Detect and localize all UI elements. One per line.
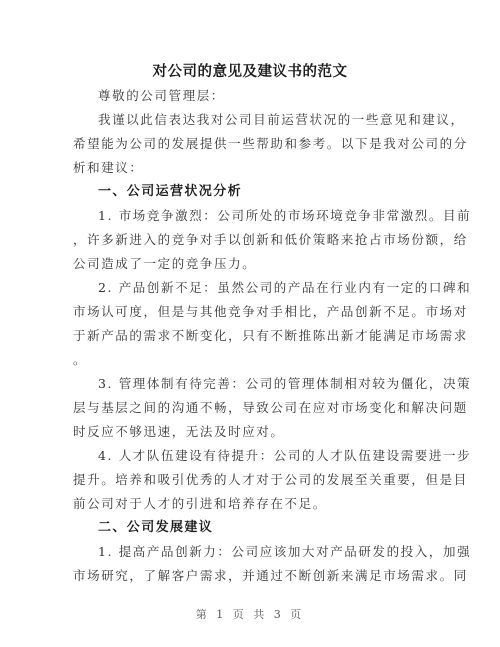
salutation: 尊敬的公司管理层： bbox=[98, 88, 453, 104]
item-1-line: 公司造成了一定的竞争压力。 bbox=[73, 256, 428, 272]
item-1-line: 1. 市场竞争激烈：公司所处的市场环境竞争非常激烈。目前 bbox=[98, 208, 453, 224]
intro-paragraph-line: 我谨以此信表达我对公司目前运营状况的一些意见和建议， bbox=[98, 112, 453, 128]
suggestion-1-line: 市场研究，了解客户需求，并通过不断创新来满足市场需求。同 bbox=[73, 568, 428, 584]
item-3-line: 3. 管理体制有待完善：公司的管理体制相对较为僵化，决策 bbox=[98, 376, 453, 392]
item-3-line: 层与基层之间的沟通不畅，导致公司在应对市场变化和解决问题 bbox=[73, 400, 428, 416]
intro-paragraph-line: 希望能为公司的发展提供一些帮助和参考。以下是我对公司的分 bbox=[73, 136, 428, 152]
item-2-line: 市场认可度，但是与其他竞争对手相比，产品创新不足。市场对 bbox=[73, 304, 428, 320]
item-1-line: ，许多新进入的竞争对手以创新和低价策略来抢占市场份额，给 bbox=[73, 232, 428, 248]
page-footer: 第 1 页 共 3 页 bbox=[0, 606, 500, 622]
suggestion-1-line: 1. 提高产品创新力：公司应该加大对产品研发的投入，加强 bbox=[98, 544, 453, 560]
item-2-line: 。 bbox=[73, 352, 428, 368]
item-4-line: 提升。培养和吸引优秀的人才对于公司的发展至关重要，但是目 bbox=[73, 472, 428, 488]
item-3-line: 时反应不够迅速，无法及时应对。 bbox=[73, 424, 428, 440]
item-2-line: 2. 产品创新不足：虽然公司的产品在行业内有一定的口碑和 bbox=[98, 280, 453, 296]
item-4-line: 4. 人才队伍建设有待提升：公司的人才队伍建设需要进一步 bbox=[98, 448, 453, 464]
document-page: 对公司的意见及建议书的范文 尊敬的公司管理层： 我谨以此信表达我对公司目前运营状… bbox=[0, 0, 500, 647]
section-heading-2: 二、公司发展建议 bbox=[98, 520, 453, 536]
item-4-line: 前公司对于人才的引进和培养存在不足。 bbox=[73, 496, 428, 512]
document-title: 对公司的意见及建议书的范文 bbox=[0, 60, 500, 81]
item-2-line: 于新产品的需求不断变化，只有不断推陈出新才能满足市场需求 bbox=[73, 328, 428, 344]
intro-paragraph-line: 析和建议： bbox=[73, 160, 428, 176]
section-heading-1: 一、公司运营状况分析 bbox=[98, 184, 453, 200]
